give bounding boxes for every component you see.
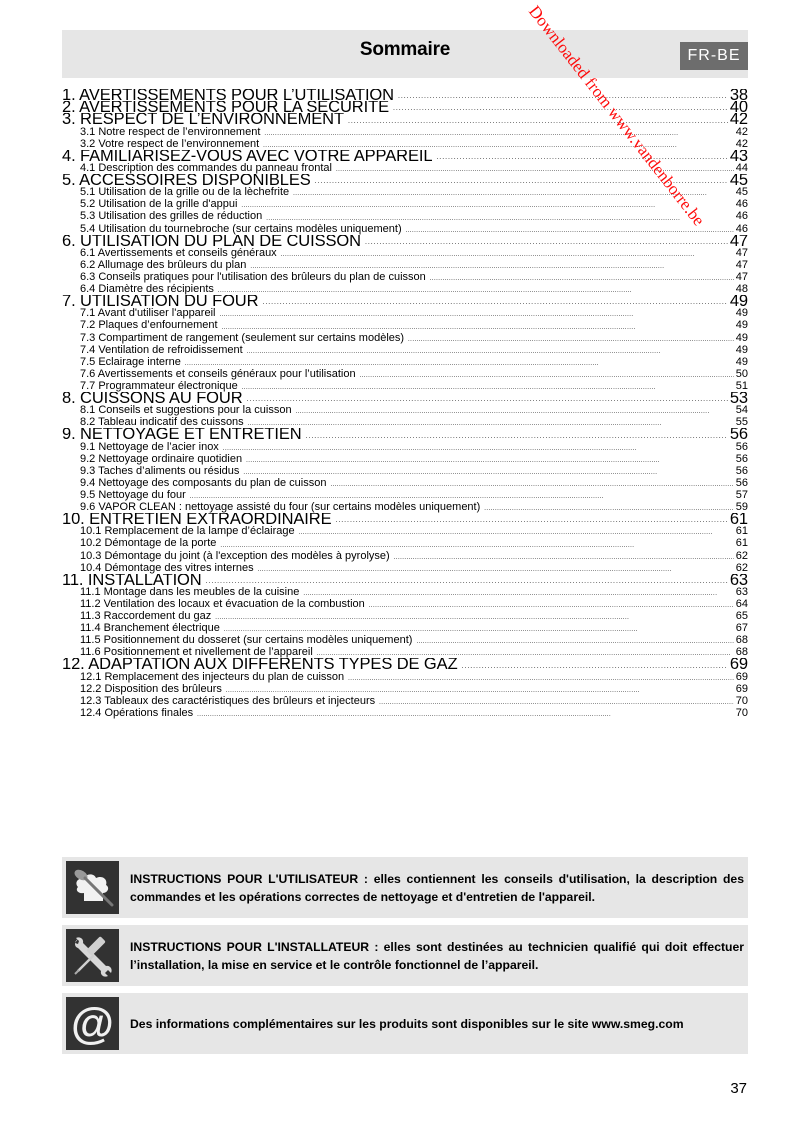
toc-entry-label: 6.3 Conseils pratiques pour l'utilisatio… bbox=[80, 271, 430, 283]
toc-subsection-entry[interactable]: 10.2 Démontage de la porte61 bbox=[62, 537, 748, 549]
toc-entry-page: 61 bbox=[728, 513, 748, 525]
toc-entry-label: 12.1 Remplacement des injecteurs du plan… bbox=[80, 671, 348, 683]
toc-entry-page: 61 bbox=[734, 525, 748, 537]
toc-entry-page: 70 bbox=[734, 707, 748, 719]
toc-entry-page: 56 bbox=[728, 428, 748, 440]
toc-entry-label: 9.5 Nettoyage du four bbox=[80, 489, 190, 501]
toc-entry-page: 49 bbox=[734, 307, 748, 319]
toc-entry-label: 10.2 Démontage de la porte bbox=[80, 537, 220, 549]
toc-subsection-entry[interactable]: 11.1 Montage dans les meubles de la cuis… bbox=[62, 586, 748, 598]
more-info-text: Des informations complémentaires sur les… bbox=[130, 1015, 744, 1033]
toc-section-entry[interactable]: 2. AVERTISSEMENTS POUR LA SECURITE40 bbox=[62, 101, 748, 113]
toc-subsection-entry[interactable]: 6.2 Allumage des brûleurs du plan47 bbox=[62, 259, 748, 271]
toc-entry-page: 68 bbox=[734, 646, 748, 658]
toc-entry-label: 12.4 Opérations finales bbox=[80, 707, 197, 719]
toc-section-entry[interactable]: 3. RESPECT DE L’ENVIRONNEMENT42 bbox=[62, 113, 748, 125]
toc-entry-page: 54 bbox=[734, 404, 748, 416]
toc-section-entry[interactable]: 8. CUISSONS AU FOUR53 bbox=[62, 392, 748, 404]
toc-entry-page: 49 bbox=[734, 356, 748, 368]
dot-leader bbox=[223, 441, 734, 453]
toc-entry-label: 11.2 Ventilation des locaux et évacuatio… bbox=[80, 598, 369, 610]
dot-leader bbox=[190, 489, 734, 501]
toc-entry-label: 5.4 Utilisation du tournebroche (sur cer… bbox=[80, 223, 406, 235]
dot-leader bbox=[258, 562, 734, 574]
toc-entry-page: 56 bbox=[734, 477, 748, 489]
toc-entry-label: 2. AVERTISSEMENTS POUR LA SECURITE bbox=[62, 101, 393, 113]
dot-leader bbox=[250, 259, 733, 271]
toc-subsection-entry[interactable]: 12.2 Disposition des brûleurs69 bbox=[62, 683, 748, 695]
dot-leader bbox=[243, 465, 733, 477]
toc-subsection-entry[interactable]: 7.5 Eclairage interne49 bbox=[62, 356, 748, 368]
dot-leader bbox=[224, 622, 734, 634]
info-box-more-info: @ Des informations complémentaires sur l… bbox=[62, 993, 748, 1054]
toc-entry-label: 11.6 Positionnement et nivellement de l’… bbox=[80, 646, 317, 658]
toc-entry-page: 56 bbox=[734, 465, 748, 477]
toc-subsection-entry[interactable]: 11.4 Branchement électrique67 bbox=[62, 622, 748, 634]
toc-entry-label: 8. CUISSONS AU FOUR bbox=[62, 392, 247, 404]
toc-entry-label: 4.1 Description des commandes du panneau… bbox=[80, 162, 336, 174]
toc-section-entry[interactable]: 5. ACCESSOIRES DISPONIBLES45 bbox=[62, 174, 748, 186]
toc-subsection-entry[interactable]: 5.2 Utilisation de la grille d'appui46 bbox=[62, 198, 748, 210]
toc-entry-page: 53 bbox=[728, 392, 748, 404]
toc-entry-page: 49 bbox=[734, 319, 748, 331]
toc-entry-page: 69 bbox=[728, 658, 748, 670]
info-box-user-instructions: INSTRUCTIONS POUR L'UTILISATEUR : elles … bbox=[62, 857, 748, 918]
toc-entry-page: 59 bbox=[734, 501, 748, 513]
toc-entry-page: 44 bbox=[734, 162, 748, 174]
dot-leader bbox=[379, 695, 734, 707]
toc-entry-label: 7.6 Avertissements et conseils généraux … bbox=[80, 368, 360, 380]
toc-entry-page: 49 bbox=[728, 295, 748, 307]
chef-hat-spoon-icon bbox=[66, 861, 119, 914]
at-sign-icon: @ bbox=[66, 997, 119, 1050]
dot-leader bbox=[299, 525, 734, 537]
toc-entry-page: 56 bbox=[734, 453, 748, 465]
toc-entry-page: 48 bbox=[734, 283, 748, 295]
toc-subsection-entry[interactable]: 11.2 Ventilation des locaux et évacuatio… bbox=[62, 598, 748, 610]
dot-leader bbox=[484, 501, 733, 513]
toc-entry-label: 9.6 VAPOR CLEAN : nettoyage assisté du f… bbox=[80, 501, 484, 513]
dot-leader bbox=[348, 671, 734, 683]
toc-subsection-entry[interactable]: 9.5 Nettoyage du four57 bbox=[62, 489, 748, 501]
toc-entry-page: 49 bbox=[734, 344, 748, 356]
page-title: Sommaire bbox=[62, 39, 748, 61]
toc-entry-label: 6.1 Avertissements et conseils généraux bbox=[80, 247, 281, 259]
toc-entry-page: 62 bbox=[734, 550, 748, 562]
toc-subsection-entry[interactable]: 9.6 VAPOR CLEAN : nettoyage assisté du f… bbox=[62, 501, 748, 513]
dot-leader bbox=[436, 150, 727, 162]
dot-leader bbox=[406, 223, 734, 235]
wrench-screwdriver-icon bbox=[66, 929, 119, 982]
toc-subsection-entry[interactable]: 7.3 Compartiment de rangement (seulement… bbox=[62, 332, 748, 344]
dot-leader bbox=[330, 477, 733, 489]
toc-entry-page: 47 bbox=[734, 271, 748, 283]
toc-section-entry[interactable]: 10. ENTRETIEN EXTRAORDINAIRE61 bbox=[62, 513, 748, 525]
dot-leader bbox=[369, 598, 734, 610]
dot-leader bbox=[360, 368, 734, 380]
dot-leader bbox=[393, 101, 728, 113]
toc-entry-label: 3.2 Votre respect de l’environnement bbox=[80, 138, 263, 150]
toc-subsection-entry[interactable]: 7.6 Avertissements et conseils généraux … bbox=[62, 368, 748, 380]
toc-section-entry[interactable]: 12. ADAPTATION AUX DIFFERENTS TYPES DE G… bbox=[62, 658, 748, 670]
toc-entry-label: 11. INSTALLATION bbox=[62, 574, 206, 586]
toc-subsection-entry[interactable]: 9.2 Nettoyage ordinaire quotidien56 bbox=[62, 453, 748, 465]
toc-entry-label: 9.3 Taches d’aliments ou résidus bbox=[80, 465, 243, 477]
toc-entry-label: 12.3 Tableaux des caractéristiques des b… bbox=[80, 695, 379, 707]
dot-leader bbox=[408, 332, 734, 344]
toc-entry-label: 7.2 Plaques d’enfournement bbox=[80, 319, 222, 331]
toc-subsection-entry[interactable]: 5.1 Utilisation de la grille ou de la lè… bbox=[62, 186, 748, 198]
dot-leader bbox=[262, 295, 727, 307]
toc-section-entry[interactable]: 6. UTILISATION DU PLAN DE CUISSON47 bbox=[62, 235, 748, 247]
toc-subsection-entry[interactable]: 11.5 Positionnement du dosseret (sur cer… bbox=[62, 634, 748, 646]
info-box-installer-instructions: INSTRUCTIONS POUR L'INSTALLATEUR : elles… bbox=[62, 925, 748, 986]
toc-section-entry[interactable]: 11. INSTALLATION63 bbox=[62, 574, 748, 586]
toc-entry-label: 12. ADAPTATION AUX DIFFERENTS TYPES DE G… bbox=[62, 658, 462, 670]
toc-entry-page: 40 bbox=[728, 101, 748, 113]
toc-entry-label: 5.3 Utilisation des grilles de réduction bbox=[80, 210, 266, 222]
toc-entry-page: 57 bbox=[734, 489, 748, 501]
toc-entry-label: 3. RESPECT DE L’ENVIRONNEMENT bbox=[62, 113, 348, 125]
toc-subsection-entry[interactable]: 7.7 Programmateur électronique51 bbox=[62, 380, 748, 392]
toc-entry-page: 62 bbox=[734, 562, 748, 574]
toc-entry-label: 1. AVERTISSEMENTS POUR L’UTILISATION bbox=[62, 89, 398, 101]
toc-entry-page: 45 bbox=[734, 186, 748, 198]
dot-leader bbox=[266, 210, 734, 222]
toc-entry-label: 4. FAMILIARISEZ-VOUS AVEC VOTRE APPAREIL bbox=[62, 150, 436, 162]
toc-subsection-entry[interactable]: 8.2 Tableau indicatif des cuissons55 bbox=[62, 416, 748, 428]
dot-leader bbox=[220, 537, 733, 549]
toc-entry-label: 10.4 Démontage des vitres internes bbox=[80, 562, 258, 574]
toc-entry-page: 69 bbox=[734, 671, 748, 683]
toc-subsection-entry[interactable]: 7.4 Ventilation de refroidissement49 bbox=[62, 344, 748, 356]
dot-leader bbox=[247, 392, 728, 404]
toc-entry-label: 6.2 Allumage des brûleurs du plan bbox=[80, 259, 250, 271]
toc-entry-label: 11.1 Montage dans les meubles de la cuis… bbox=[80, 586, 303, 598]
toc-entry-page: 51 bbox=[734, 380, 748, 392]
toc-subsection-entry[interactable]: 12.4 Opérations finales70 bbox=[62, 707, 748, 719]
toc-entry-page: 55 bbox=[734, 416, 748, 428]
toc-entry-label: 7. UTILISATION DU FOUR bbox=[62, 295, 262, 307]
installer-instructions-text: INSTRUCTIONS POUR L'INSTALLATEUR : elles… bbox=[130, 938, 744, 974]
toc-entry-label: 11.3 Raccordement du gaz bbox=[80, 610, 215, 622]
page-number: 37 bbox=[730, 1080, 747, 1097]
toc-entry-label: 9.4 Nettoyage des composants du plan de … bbox=[80, 477, 330, 489]
dot-leader bbox=[296, 404, 734, 416]
toc-entry-page: 49 bbox=[734, 332, 748, 344]
dot-leader bbox=[394, 550, 734, 562]
toc-entry-label: 5.2 Utilisation de la grille d'appui bbox=[80, 198, 241, 210]
toc-entry-label: 9.2 Nettoyage ordinaire quotidien bbox=[80, 453, 246, 465]
toc-entry-page: 47 bbox=[728, 235, 748, 247]
toc-subsection-entry[interactable]: 9.1 Nettoyage de l’acier inox56 bbox=[62, 441, 748, 453]
toc-subsection-entry[interactable]: 10.3 Démontage du joint (à l'exception d… bbox=[62, 550, 748, 562]
toc-entry-page: 50 bbox=[734, 368, 748, 380]
toc-entry-page: 47 bbox=[734, 247, 748, 259]
dot-leader bbox=[462, 658, 728, 670]
dot-leader bbox=[226, 683, 734, 695]
toc-entry-label: 5. ACCESSOIRES DISPONIBLES bbox=[62, 174, 315, 186]
toc-entry-page: 68 bbox=[734, 634, 748, 646]
toc-entry-label: 11.4 Branchement électrique bbox=[80, 622, 224, 634]
toc-subsection-entry[interactable]: 9.3 Taches d’aliments ou résidus56 bbox=[62, 465, 748, 477]
toc-entry-page: 43 bbox=[728, 150, 748, 162]
toc-subsection-entry[interactable]: 11.6 Positionnement et nivellement de l’… bbox=[62, 646, 748, 658]
dot-leader bbox=[206, 574, 728, 586]
toc-entry-label: 12.2 Disposition des brûleurs bbox=[80, 683, 226, 695]
toc-entry-label: 11.5 Positionnement du dosseret (sur cer… bbox=[80, 634, 416, 646]
toc-entry-page: 69 bbox=[734, 683, 748, 695]
toc-section-entry[interactable]: 7. UTILISATION DU FOUR49 bbox=[62, 295, 748, 307]
dot-leader bbox=[263, 138, 734, 150]
toc-subsection-entry[interactable]: 6.3 Conseils pratiques pour l'utilisatio… bbox=[62, 271, 748, 283]
toc-entry-label: 9. NETTOYAGE ET ENTRETIEN bbox=[62, 428, 306, 440]
toc-entry-page: 67 bbox=[734, 622, 748, 634]
toc-entry-page: 38 bbox=[728, 89, 748, 101]
toc-subsection-entry[interactable]: 7.1 Avant d'utiliser l'appareil49 bbox=[62, 307, 748, 319]
dot-leader bbox=[246, 453, 734, 465]
toc-subsection-entry[interactable]: 5.4 Utilisation du tournebroche (sur cer… bbox=[62, 223, 748, 235]
toc-entry-label: 10.1 Remplacement de la lampe d’éclairag… bbox=[80, 525, 299, 537]
toc-entry-page: 42 bbox=[734, 138, 748, 150]
toc-entry-page: 46 bbox=[734, 223, 748, 235]
toc-entry-page: 65 bbox=[734, 610, 748, 622]
toc-subsection-entry[interactable]: 12.1 Remplacement des injecteurs du plan… bbox=[62, 671, 748, 683]
toc-entry-page: 42 bbox=[734, 126, 748, 138]
dot-leader bbox=[185, 356, 734, 368]
dot-leader bbox=[336, 513, 728, 525]
toc-entry-page: 42 bbox=[728, 113, 748, 125]
dot-leader bbox=[241, 198, 733, 210]
header-bar: Sommaire FR-BE bbox=[62, 30, 748, 78]
toc-subsection-entry[interactable]: 11.3 Raccordement du gaz65 bbox=[62, 610, 748, 622]
toc-entry-page: 45 bbox=[728, 174, 748, 186]
toc-entry-label: 3.1 Notre respect de l’environnement bbox=[80, 126, 264, 138]
toc-entry-label: 10.3 Démontage du joint (à l'exception d… bbox=[80, 550, 394, 562]
dot-leader bbox=[281, 247, 734, 259]
toc-entry-page: 47 bbox=[734, 259, 748, 271]
toc-subsection-entry[interactable]: 10.1 Remplacement de la lampe d’éclairag… bbox=[62, 525, 748, 537]
toc-subsection-entry[interactable]: 5.3 Utilisation des grilles de réduction… bbox=[62, 210, 748, 222]
toc-section-entry[interactable]: 9. NETTOYAGE ET ENTRETIEN56 bbox=[62, 428, 748, 440]
dot-leader bbox=[306, 428, 728, 440]
dot-leader bbox=[303, 586, 733, 598]
dot-leader bbox=[336, 162, 734, 174]
toc-entry-page: 63 bbox=[728, 574, 748, 586]
dot-leader bbox=[264, 126, 733, 138]
dot-leader bbox=[365, 235, 728, 247]
dot-leader bbox=[222, 319, 734, 331]
dot-leader bbox=[416, 634, 733, 646]
toc-entry-page: 64 bbox=[734, 598, 748, 610]
toc-subsection-entry[interactable]: 10.4 Démontage des vitres internes62 bbox=[62, 562, 748, 574]
toc-entry-label: 6. UTILISATION DU PLAN DE CUISSON bbox=[62, 235, 365, 247]
dot-leader bbox=[317, 646, 734, 658]
toc-entry-label: 7.4 Ventilation de refroidissement bbox=[80, 344, 247, 356]
toc-subsection-entry[interactable]: 6.4 Diamètre des récipients48 bbox=[62, 283, 748, 295]
toc-entry-label: 6.4 Diamètre des récipients bbox=[80, 283, 218, 295]
user-instructions-text: INSTRUCTIONS POUR L'UTILISATEUR : elles … bbox=[130, 870, 744, 906]
dot-leader bbox=[215, 610, 733, 622]
toc-subsection-entry[interactable]: 6.1 Avertissements et conseils généraux4… bbox=[62, 247, 748, 259]
toc-entry-page: 46 bbox=[734, 210, 748, 222]
toc-entry-label: 7.5 Eclairage interne bbox=[80, 356, 185, 368]
toc-entry-label: 7.1 Avant d'utiliser l'appareil bbox=[80, 307, 219, 319]
toc-entry-page: 70 bbox=[734, 695, 748, 707]
table-of-contents: 1. AVERTISSEMENTS POUR L’UTILISATION382.… bbox=[62, 89, 748, 719]
toc-subsection-entry[interactable]: 7.2 Plaques d’enfournement49 bbox=[62, 319, 748, 331]
toc-entry-label: 9.1 Nettoyage de l’acier inox bbox=[80, 441, 223, 453]
dot-leader bbox=[219, 307, 733, 319]
toc-subsection-entry[interactable]: 8.1 Conseils et suggestions pour la cuis… bbox=[62, 404, 748, 416]
dot-leader bbox=[248, 416, 734, 428]
toc-subsection-entry[interactable]: 9.4 Nettoyage des composants du plan de … bbox=[62, 477, 748, 489]
toc-entry-label: 5.1 Utilisation de la grille ou de la lè… bbox=[80, 186, 293, 198]
dot-leader bbox=[197, 707, 734, 719]
dot-leader bbox=[242, 380, 734, 392]
dot-leader bbox=[398, 89, 728, 101]
toc-entry-page: 56 bbox=[734, 441, 748, 453]
dot-leader bbox=[247, 344, 734, 356]
toc-entry-label: 7.7 Programmateur électronique bbox=[80, 380, 242, 392]
toc-subsection-entry[interactable]: 12.3 Tableaux des caractéristiques des b… bbox=[62, 695, 748, 707]
toc-entry-label: 10. ENTRETIEN EXTRAORDINAIRE bbox=[62, 513, 336, 525]
dot-leader bbox=[218, 283, 734, 295]
toc-section-entry[interactable]: 1. AVERTISSEMENTS POUR L’UTILISATION38 bbox=[62, 89, 748, 101]
toc-entry-page: 46 bbox=[734, 198, 748, 210]
dot-leader bbox=[348, 113, 728, 125]
language-badge: FR-BE bbox=[680, 42, 748, 70]
dot-leader bbox=[430, 271, 734, 283]
toc-entry-label: 8.2 Tableau indicatif des cuissons bbox=[80, 416, 248, 428]
toc-entry-page: 61 bbox=[734, 537, 748, 549]
toc-entry-label: 7.3 Compartiment de rangement (seulement… bbox=[80, 332, 408, 344]
toc-entry-label: 8.1 Conseils et suggestions pour la cuis… bbox=[80, 404, 296, 416]
toc-entry-page: 63 bbox=[734, 586, 748, 598]
